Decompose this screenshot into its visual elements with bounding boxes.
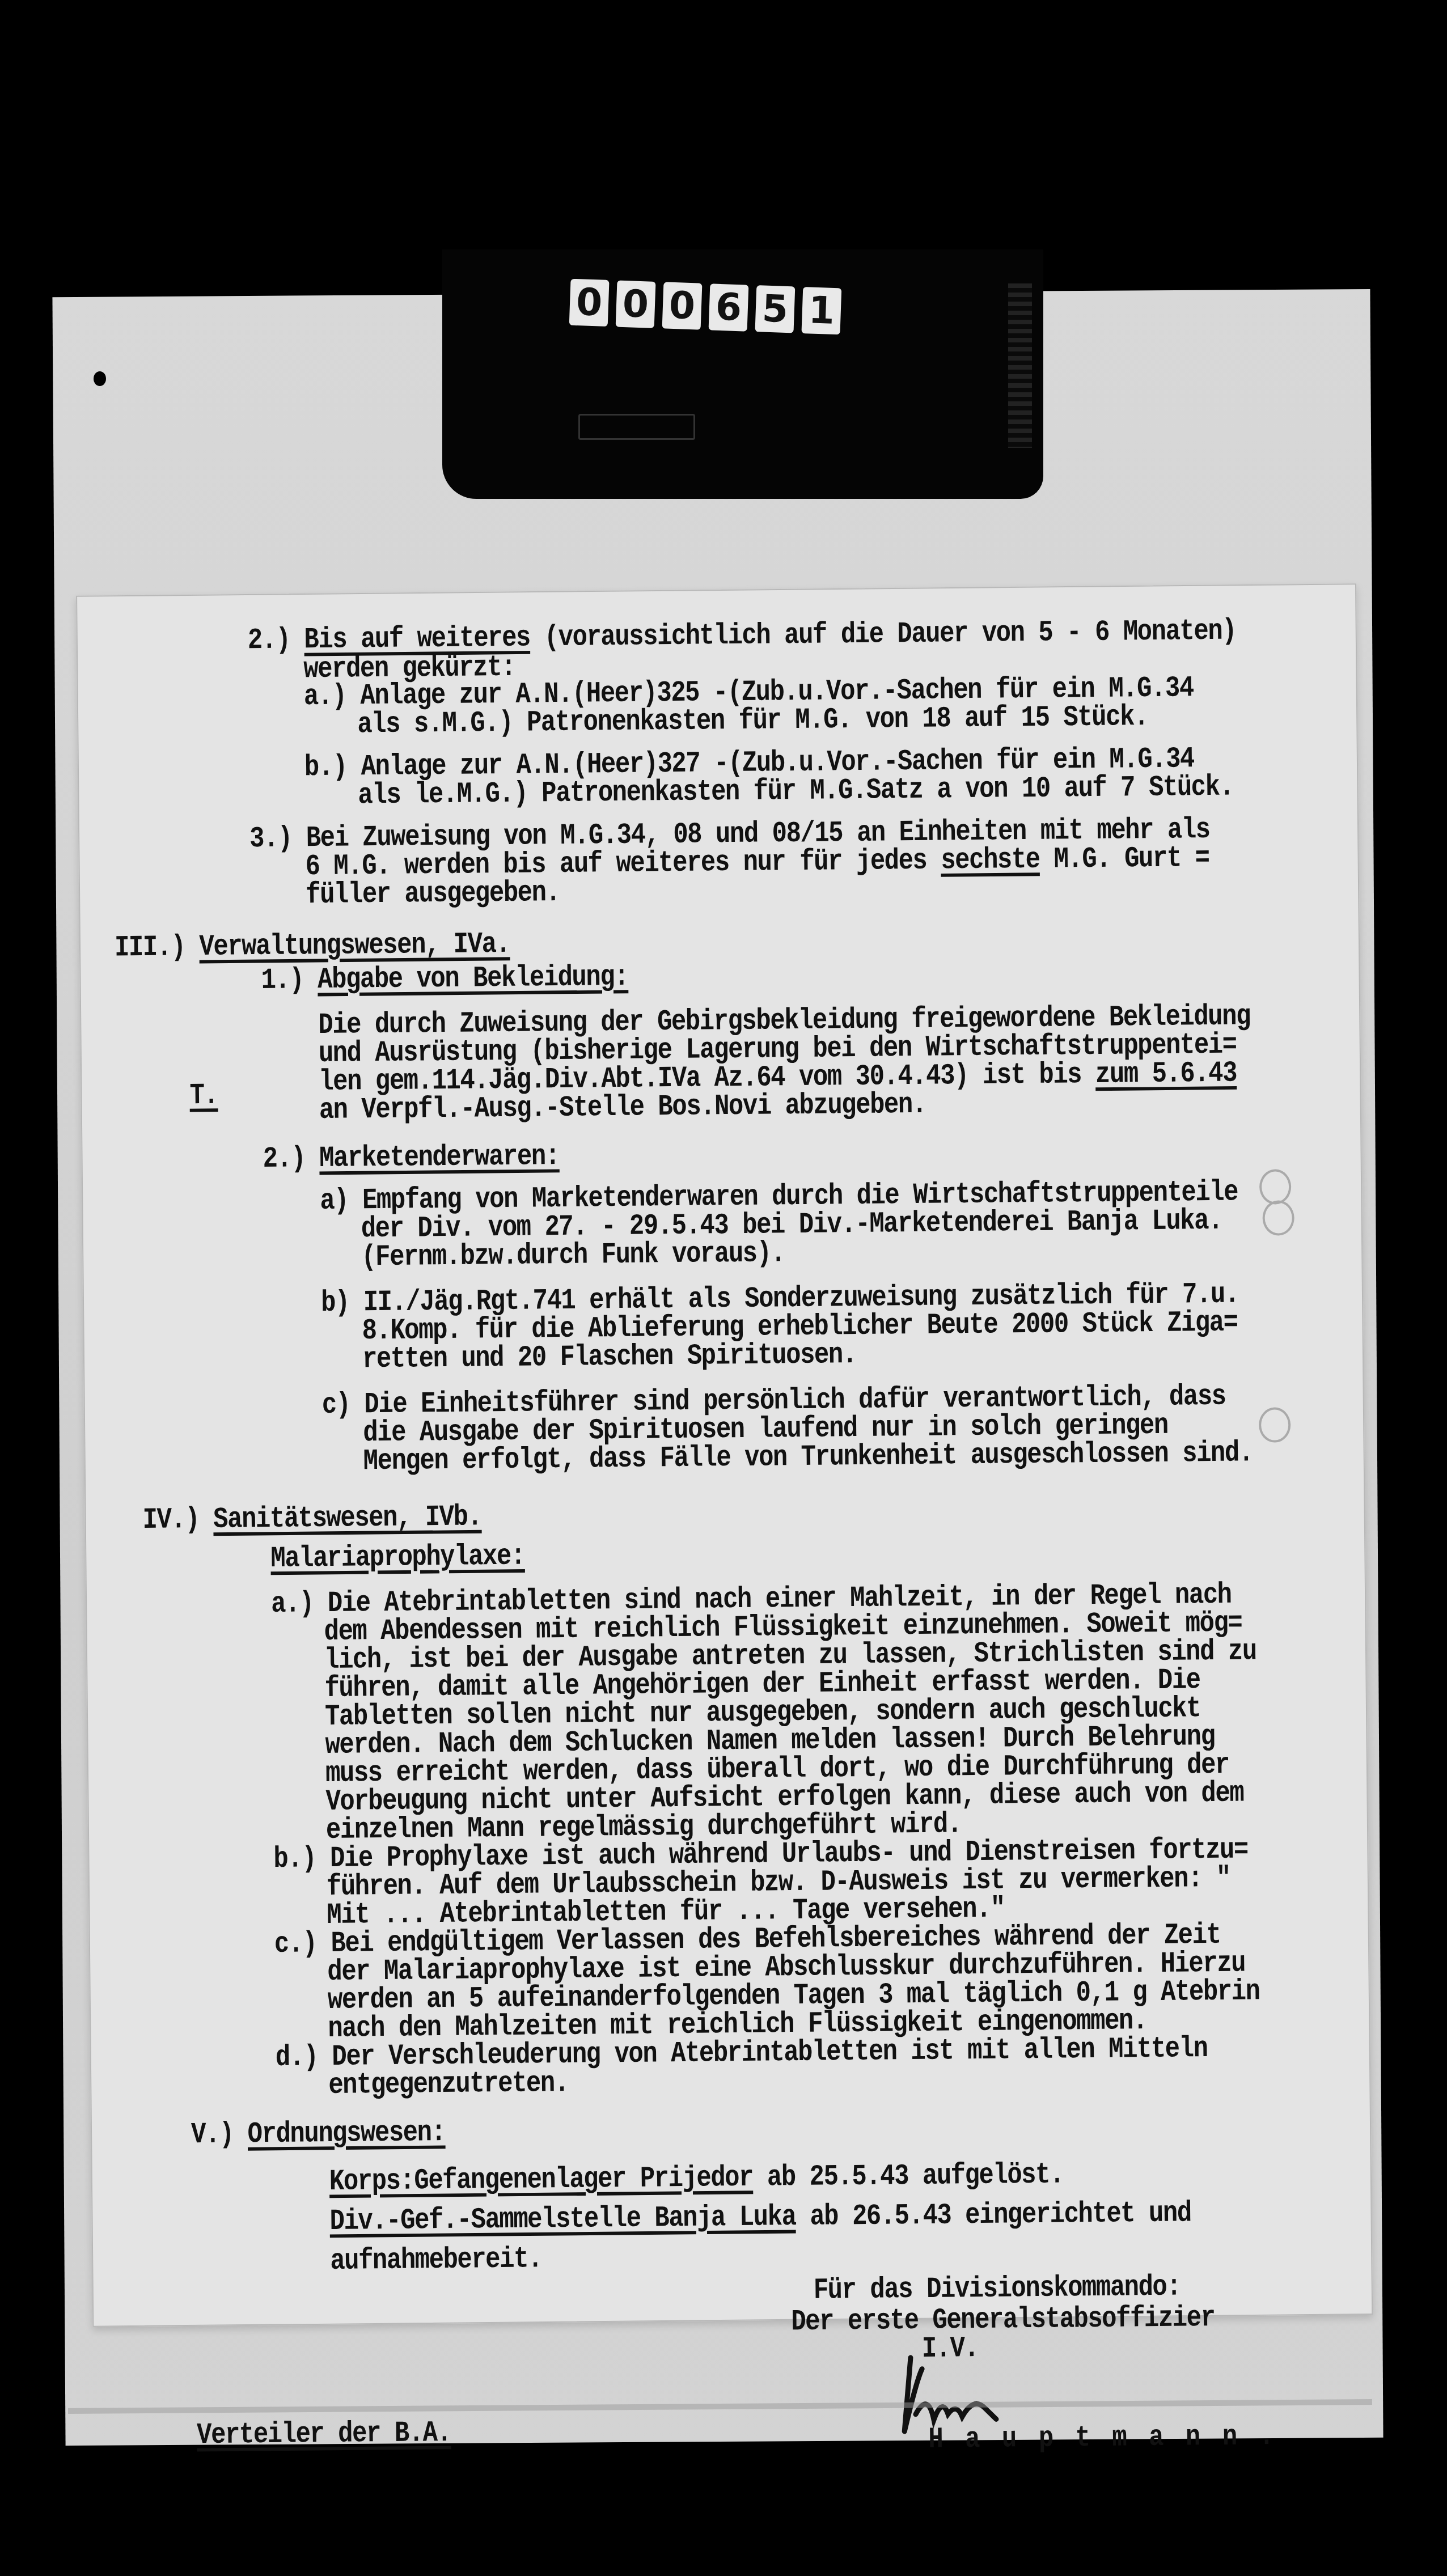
signature-line-2: Der erste Generalstabsoffizier <box>791 2302 1215 2340</box>
item-line: füller ausgegeben. <box>306 876 560 912</box>
subitem-line: als s.M.G.) Patronenkasten für M.G. von … <box>357 701 1148 743</box>
counter-digit: 1 <box>801 287 841 334</box>
section-IV-header: IV.) Sanitätswesen, IVb. <box>142 1501 481 1538</box>
counter-knob <box>1008 283 1032 448</box>
section-number: III.) <box>115 931 185 965</box>
margin-mark-text: T. <box>189 1079 218 1112</box>
frame-counter: 0 0 0 6 5 1 <box>442 249 1043 499</box>
section-subtitle: Malariaprophylaxe: <box>270 1540 525 1576</box>
counter-digits: 0 0 0 6 5 1 <box>569 279 842 335</box>
subitem-line: (Fernm.bzw.durch Funk voraus). <box>361 1237 785 1275</box>
subitem-label: b) <box>321 1286 349 1320</box>
section-title: Ordnungswesen: <box>247 2116 445 2151</box>
item-text: (voraussichtlich auf die Dauer von 5 - 6… <box>544 615 1237 655</box>
subitem-label: d.) <box>276 2041 318 2075</box>
section-title: Sanitätswesen, IVb. <box>213 1501 482 1537</box>
section-number: V.) <box>191 2118 234 2152</box>
deadline: zum 5.6.43 <box>1095 1057 1237 1091</box>
item-heading: Abgabe von Bekleidung: <box>318 960 628 997</box>
subitem-label: b.) <box>304 751 347 785</box>
signature-rank: H a u p t m a n n . <box>928 2420 1277 2457</box>
distribution: Verteiler der B.A. <box>197 2416 451 2452</box>
item-number: 2.) <box>263 1142 305 1176</box>
order-text: ab 26.5.43 eingerichtet und <box>796 2197 1191 2234</box>
counter-digit: 5 <box>755 285 796 333</box>
item-number: 3.) <box>249 822 292 856</box>
text: M.G. Gurt = <box>1039 841 1209 876</box>
emphasis: sechste <box>941 843 1040 878</box>
punch-hole-mark <box>1259 1407 1291 1443</box>
subitem-label: a.) <box>304 680 346 714</box>
counter-digit: 6 <box>709 283 749 331</box>
counter-digit: 0 <box>569 279 610 327</box>
distribution-text: Verteiler der B.A. <box>197 2416 451 2452</box>
item-heading: Marketenderwaren: <box>319 1140 560 1176</box>
section-V-header: V.) Ordnungswesen: <box>191 2116 446 2153</box>
order-text: aufnahmebereit. <box>330 2243 542 2278</box>
punch-hole-mark <box>1259 1169 1292 1205</box>
item-III-1: 1.) Abgabe von Bekleidung: <box>261 960 628 998</box>
item-number: 1.) <box>261 964 303 998</box>
order-line: Div.-Gef.-Sammelstelle Banja Luka ab 26.… <box>329 2197 1191 2239</box>
section-III-header: III.) Verwaltungswesen, IVa. <box>115 927 510 965</box>
subitem-label: c.) <box>274 1927 317 1961</box>
section-title: Verwaltungswesen, IVa. <box>199 927 510 964</box>
film-speck <box>94 371 106 386</box>
counter-digit: 0 <box>662 282 703 329</box>
order-text: ab 25.5.43 aufgelöst. <box>753 2158 1064 2194</box>
section-number: IV.) <box>142 1503 199 1537</box>
subitem-label: c) <box>321 1388 350 1422</box>
subitem-line: entgegenzutreten. <box>328 2066 569 2103</box>
subitem-label: a.) <box>271 1587 314 1621</box>
order-subject: Div.-Gef.-Sammelstelle Banja Luka <box>329 2201 796 2239</box>
document-body: 2.) Bis auf weiteres (voraussichtlich au… <box>77 584 1372 2325</box>
counter-slot <box>578 414 695 440</box>
counter-digit: 0 <box>616 281 656 328</box>
subtitle-text: Malariaprophylaxe: <box>270 1540 525 1575</box>
order-line: Korps:Gefangenenlager Prijedor ab 25.5.4… <box>329 2158 1064 2200</box>
subitem-line: retten und 20 Flaschen Spirituosen. <box>362 1338 857 1378</box>
punch-hole-mark <box>1262 1200 1294 1236</box>
subitem-label: a) <box>320 1184 348 1218</box>
order-line: aufnahmebereit. <box>330 2243 542 2279</box>
item-number: 2.) <box>248 624 290 658</box>
order-subject: Korps:Gefangenenlager Prijedor <box>329 2161 754 2198</box>
item-line: an Verpfl.-Ausg.-Stelle Bos.Novi abzugeb… <box>319 1088 926 1128</box>
margin-mark: T. <box>189 1079 218 1113</box>
subitem-label: b.) <box>273 1842 316 1876</box>
document-page: 2.) Bis auf weiteres (voraussichtlich au… <box>76 583 1373 2327</box>
item-III-2: 2.) Marketenderwaren: <box>263 1140 560 1177</box>
